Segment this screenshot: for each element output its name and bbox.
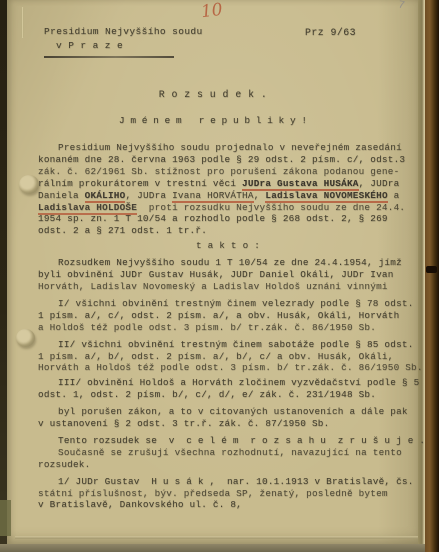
text-segment: byli obvinění JUDr Gustav Husák, JUDr Da… — [38, 269, 394, 280]
text-segment: Současně se zrušují všechna rozhodnutí, … — [58, 447, 402, 458]
text-line: a Holdoš též podle odst. 3 písm. b/ tr.z… — [38, 322, 418, 334]
text-segment: Presidium Nejvyššího soudu projednalo v … — [58, 142, 402, 153]
text-segment: proti rozsudku Nejvyššího soudu ze dne 2… — [137, 202, 405, 213]
text-line: 1/ JUDr Gustav H u s á k , nar. 10.1.191… — [38, 476, 418, 488]
header-underline — [44, 56, 174, 58]
text-line: Ladislava HOLDOŠE proti rozsudku Nejvyšš… — [38, 202, 418, 214]
text-segment: odst. 1, odst. 2 písm. b/, c/, d/, e/ zá… — [38, 389, 376, 400]
text-segment: v ustanovení § 2 odst. 3 tr.ř. zák. č. 8… — [38, 418, 329, 429]
background-bottom-strip — [0, 544, 439, 552]
text-segment: III/ obvinění Holdoš a Horváth zločinem … — [58, 377, 419, 388]
text-segment: , JUDra — [359, 178, 400, 189]
punch-hole-top — [19, 175, 39, 194]
text-segment: odst. 2 a § 271 odst. 1 tr.ř. — [38, 225, 207, 236]
text-line: zák. č. 62/1961 Sb. stížnost pro porušen… — [38, 166, 418, 178]
text-line: II/ všichni obvinění trestným činem sabo… — [38, 339, 418, 351]
text-segment: Daniela — [38, 190, 85, 201]
text-line: byli obvinění JUDr Gustav Husák, JUDr Da… — [38, 269, 418, 281]
paper-fold-line — [15, 536, 425, 539]
text-segment: v Bratislavě, Dankovského ul. č. 8, — [38, 499, 242, 510]
text-line: 1954 sp. zn. 1 T 10/54 a rozhodlo podle … — [38, 213, 418, 225]
text-segment: zák. č. 62/1961 Sb. stížnost pro porušen… — [38, 166, 399, 177]
underlying-page-corner — [0, 500, 11, 536]
paper-crease — [21, 7, 24, 38]
text-segment: Horváth a Holdoš též podle odst. 3 písm.… — [38, 362, 423, 373]
text-segment: 1954 sp. zn. 1 T 10/54 a rozhodlo podle … — [38, 213, 388, 224]
text-line: 1 písm. a/, b/, odst. 2 písm. a/, b/, c/… — [38, 351, 418, 363]
header-office-line1: Presidium Nejvyššího soudu — [44, 25, 203, 39]
text-line: Daniela OKÁLIHO, JUDra Ivana HORVÁTHA, L… — [38, 190, 418, 202]
text-line: Tento rozsudek se v c e l é m r o z s a … — [38, 435, 418, 447]
text-segment: I/ všichni obvinění trestným činem velez… — [58, 298, 414, 309]
text-line: Horváth, Ladislav Novomeský a Ladislav H… — [38, 281, 418, 293]
text-segment: , JUDra — [125, 190, 172, 201]
text-segment: 1 písm. a/, b/, odst. 2 písm. a/, b/, c/… — [38, 351, 394, 362]
text-line: Rozsudkem Nejvyššího soudu 1 T 10/54 ze … — [38, 257, 418, 269]
scanned-document-screen: 10 7 Presidium Nejvyššího soudu v P r a … — [0, 0, 439, 552]
text-segment: konaném dne 28. června 1963 podle § 29 o… — [38, 154, 405, 165]
header-office-block: Presidium Nejvyššího soudu v P r a z e — [44, 25, 203, 53]
text-segment: rozsudek. — [38, 459, 90, 470]
document-title: R o z s u d e k . — [0, 89, 426, 100]
handwritten-page-number: 10 — [200, 0, 224, 22]
document-lines: Presidium Nejvyššího soudu projednalo v … — [38, 142, 418, 511]
text-line: Presidium Nejvyššího soudu projednalo v … — [38, 142, 418, 154]
red-underlined-name: Ladislava HOLDOŠE — [38, 202, 137, 215]
text-line: I/ všichni obvinění trestným činem velez… — [38, 298, 418, 310]
text-line: konaném dne 28. června 1963 podle § 29 o… — [38, 154, 418, 166]
text-segment: a Holdoš též podle odst. 3 písm. b/ tr.z… — [38, 322, 376, 333]
text-segment: byl porušen zákon, a to v citovaných ust… — [58, 406, 408, 417]
reference-number: Prz 9/63 — [305, 27, 356, 38]
text-line: III/ obvinění Holdoš a Horváth zločinem … — [38, 377, 418, 389]
text-line: rálním prokurátorem v trestní věci JUDra… — [38, 178, 418, 190]
text-segment: , — [254, 190, 266, 201]
text-line: odst. 2 a § 271 odst. 1 tr.ř. — [38, 225, 418, 237]
text-segment: Tento rozsudek se v c e l é m r o z s a … — [58, 435, 425, 446]
text-line: 1 písm. a/, c/, odst. 2 písm. a/, a obv.… — [38, 310, 418, 322]
punch-hole-bottom — [16, 329, 35, 347]
text-segment: státní příslušnost, býv. předseda SP, že… — [38, 488, 388, 499]
text-line: Horváth a Holdoš též podle odst. 3 písm.… — [38, 362, 418, 374]
text-line: odst. 1, odst. 2 písm. b/, c/, d/, e/ zá… — [38, 389, 418, 401]
text-line: Současně se zrušují všechna rozhodnutí, … — [38, 447, 418, 459]
text-line: t a k t o : — [38, 240, 418, 252]
header-office-line2: v P r a z e — [44, 39, 203, 53]
text-segment: Horváth, Ladislav Novomeský a Ladislav H… — [38, 281, 388, 292]
text-segment: II/ všichni obvinění trestným činem sabo… — [58, 339, 414, 350]
text-segment: rálním prokurátorem v trestní věci — [38, 178, 242, 189]
text-line: v Bratislavě, Dankovského ul. č. 8, — [38, 499, 418, 511]
text-line: rozsudek. — [38, 459, 418, 471]
text-segment: 1 písm. a/, c/, odst. 2 písm. a/, a obv.… — [38, 310, 399, 321]
document-subtitle: J m é n e m r e p u b l i k y ! — [0, 115, 426, 126]
text-segment: 1/ JUDr Gustav H u s á k , nar. 10.1.191… — [58, 476, 414, 487]
text-line: státní příslušnost, býv. předseda SP, že… — [38, 488, 418, 500]
background-notch — [426, 266, 437, 273]
text-segment: t a k t o : — [196, 240, 260, 251]
text-line: byl porušen zákon, a to v citovaných ust… — [38, 406, 418, 418]
text-segment: Rozsudkem Nejvyššího soudu 1 T 10/54 ze … — [58, 257, 402, 268]
background-right-strip — [425, 0, 439, 552]
text-segment: a — [388, 190, 400, 201]
text-line: v ustanovení § 2 odst. 3 tr.ř. zák. č. 8… — [38, 418, 418, 430]
